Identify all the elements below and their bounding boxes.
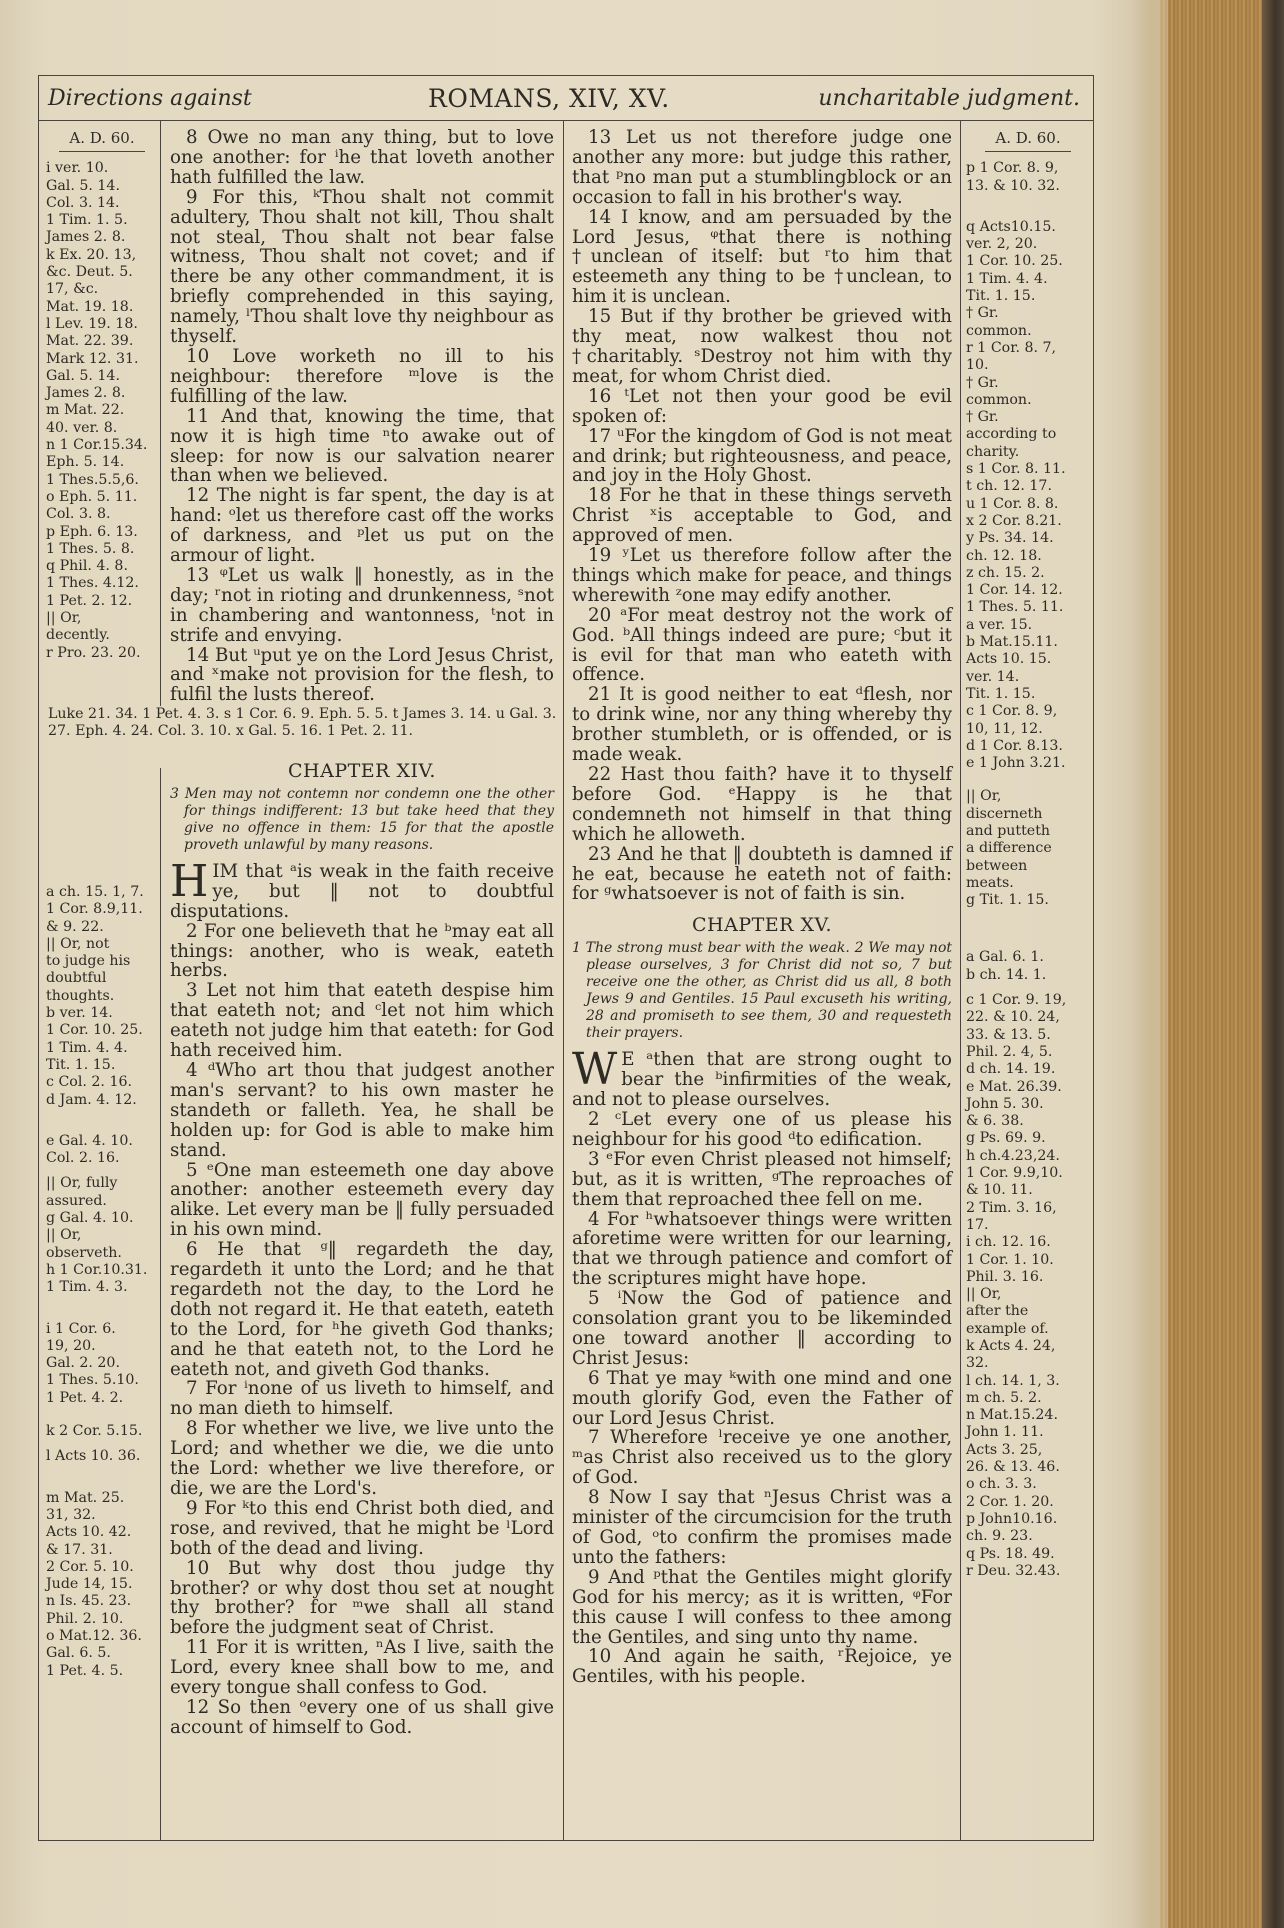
verse: 5 ⁱNow the God of patience and consolati… (572, 1289, 952, 1369)
margin-reference: q Phil. 4. 8. (46, 558, 158, 575)
margin-reference: Tit. 1. 15. (46, 1057, 158, 1074)
margin-reference: common. (966, 323, 1090, 340)
verse: 5 ᵉOne man esteemeth one day above anoth… (170, 1161, 554, 1241)
margin-reference: m ch. 5. 2. (966, 1390, 1090, 1407)
margin-reference: Acts 10. 15. (966, 651, 1090, 668)
margin-reference (46, 1305, 158, 1313)
margin-reference: d ch. 14. 19. (966, 1061, 1090, 1078)
margin-reference: discerneth (966, 806, 1090, 823)
margin-reference: || Or, (46, 610, 158, 627)
column-1-top: 8 Owe no man any thing, but to love one … (170, 128, 554, 705)
margin-reference: k Acts 4. 24, (966, 1338, 1090, 1355)
margin-reference (46, 1474, 158, 1482)
margin-reference: Mat. 22. 39. (46, 333, 158, 350)
margin-reference: x 2 Cor. 8.21. (966, 513, 1090, 530)
verse: 3 Let not him that eateth despise him th… (170, 981, 554, 1061)
chapter-summary-xiv: 3 Men may not contemn nor condemn one th… (170, 786, 554, 854)
margin-reference: i ver. 10. (46, 160, 158, 177)
margin-reference (46, 1313, 158, 1321)
margin-reference: ch. 12. 18. (966, 548, 1090, 565)
verse: 18 For he that in these things serveth C… (572, 486, 952, 546)
drop-cap-w: W (572, 1052, 617, 1088)
margin-reference: common. (966, 392, 1090, 409)
verse: 8 For whether we live, we live unto the … (170, 1419, 554, 1499)
verse-1: HIM that ᵃis weak in the faith receive y… (170, 862, 554, 922)
margin-reference: & 17. 31. (46, 1542, 158, 1559)
verse: 14 I know, and am persuaded by the Lord … (572, 208, 952, 308)
divider-right-margin (960, 120, 961, 1840)
margin-reference: according to (966, 426, 1090, 443)
margin-reference: || Or, fully (46, 1175, 158, 1192)
margin-reference: q Acts10.15. (966, 219, 1090, 236)
margin-reference: y Ps. 34. 14. (966, 530, 1090, 547)
margin-reference: g Tit. 1. 15. (966, 892, 1090, 909)
margin-reference (966, 203, 1090, 211)
verse: 19 ʸLet us therefore follow after the th… (572, 546, 952, 606)
margin-reference: o Eph. 5. 11. (46, 489, 158, 506)
margin-reference: 1 Cor. 14. 12. (966, 582, 1090, 599)
margin-reference (46, 1167, 158, 1175)
margin-reference (46, 1466, 158, 1474)
margin-reference: m Mat. 22. (46, 402, 158, 419)
margin-reference: 1 Cor. 10. 25. (46, 1022, 158, 1039)
margin-reference (966, 195, 1090, 203)
left-margin-footnote: Luke 21. 34. 1 Pet. 4. 3. s 1 Cor. 6. 9.… (48, 706, 558, 741)
margin-reference: || Or, (966, 788, 1090, 805)
margin-reference: o Mat.12. 36. (46, 1628, 158, 1645)
margin-reference: n 1 Cor.15.34. (46, 437, 158, 454)
margin-reference (966, 933, 1090, 941)
margin-reference (46, 1117, 158, 1125)
margin-reference: ch. 9. 23. (966, 1528, 1090, 1545)
margin-reference: c Col. 2. 16. (46, 1074, 158, 1091)
margin-reference: 40. ver. 8. (46, 420, 158, 437)
margin-reference: || Or, (46, 1227, 158, 1244)
margin-reference: Phil. 2. 4, 5. (966, 1044, 1090, 1061)
column-1-bottom: CHAPTER XIV. 3 Men may not contemn nor c… (170, 750, 554, 1738)
margin-reference: r 1 Cor. 8. 7, (966, 340, 1090, 357)
margin-reference: a difference (966, 840, 1090, 857)
margin-reference: 33. & 13. 5. (966, 1027, 1090, 1044)
verse: 6 He that ᵍ‖ regardeth the day, regardet… (170, 1240, 554, 1379)
margin-reference (966, 917, 1090, 925)
margin-reference: 1 Cor. 9.9,10. (966, 1165, 1090, 1182)
chapter-heading-xv: CHAPTER XV. (572, 916, 952, 936)
margin-reference: 1 Thes. 5.10. (46, 1372, 158, 1389)
margin-reference: 1 Thes. 5. 8. (46, 541, 158, 558)
margin-reference: & 10. 11. (966, 1182, 1090, 1199)
margin-reference (966, 780, 1090, 788)
verse: 11 For it is written, ⁿAs I live, saith … (170, 1638, 554, 1698)
margin-reference: l ch. 14. 1, 3. (966, 1373, 1090, 1390)
margin-reference: 1 Cor. 1. 10. (966, 1252, 1090, 1269)
margin-reference: John 1. 11. (966, 1424, 1090, 1441)
margin-reference: Gal. 5. 14. (46, 368, 158, 385)
margin-reference: t ch. 12. 17. (966, 478, 1090, 495)
margin-reference: d 1 Cor. 8.13. (966, 738, 1090, 755)
margin-reference: e Gal. 4. 10. (46, 1133, 158, 1150)
margin-reference: † Gr. (966, 409, 1090, 426)
margin-reference: † Gr. (966, 305, 1090, 322)
margin-reference: 1 Cor. 8.9,11. (46, 901, 158, 918)
margin-reference: r Pro. 23. 20. (46, 645, 158, 662)
top-rule (38, 75, 1094, 76)
margin-reference: m Mat. 25. (46, 1490, 158, 1507)
margin-reference: 1 Pet. 4. 5. (46, 1663, 158, 1680)
margin-reference: u 1 Cor. 8. 8. (966, 496, 1090, 513)
divider-center (563, 120, 564, 1840)
header-left: Directions against (48, 86, 252, 111)
verse: 2 For one believeth that he ᵇmay eat all… (170, 922, 554, 982)
divider-left-margin-bottom (160, 768, 161, 1840)
margin-reference: 10, 11, 12. (966, 721, 1090, 738)
verse: 9 For this, ᵏThou shalt not commit adult… (170, 188, 554, 347)
margin-reference: h ch.4.23,24. (966, 1148, 1090, 1165)
margin-reference: 1 Thes. 4.12. (46, 575, 158, 592)
margin-reference: & 6. 38. (966, 1113, 1090, 1130)
right-margin-references: A. D. 60. p 1 Cor. 8. 9,13. & 10. 32.q A… (966, 130, 1090, 1580)
left-margin-references-ch14: a ch. 15. 1, 7.1 Cor. 8.9,11.& 9. 22.|| … (46, 884, 158, 1680)
verse: 6 That ye may ᵏwith one mind and one mou… (572, 1369, 952, 1429)
margin-reference: 22. & 10. 24, (966, 1009, 1090, 1026)
margin-reference: l Acts 10. 36. (46, 1448, 158, 1465)
margin-reference (966, 211, 1090, 219)
verse: 4 ᵈWho art thou that judgest another man… (170, 1061, 554, 1161)
verse: 23 And he that ‖ doubteth is damned if h… (572, 845, 952, 905)
margin-reference: 1 Pet. 4. 2. (46, 1390, 158, 1407)
margin-reference: 1 Thes.5.5,6. (46, 472, 158, 489)
margin-reference: 1 Pet. 2. 12. (46, 593, 158, 610)
margin-reference: r Deu. 32.43. (966, 1563, 1090, 1580)
margin-reference: 26. & 13. 46. (966, 1459, 1090, 1476)
verse: 8 Now I say that ⁿJesus Christ was a min… (572, 1488, 952, 1568)
margin-reference: John 5. 30. (966, 1096, 1090, 1113)
margin-reference: p Eph. 6. 13. (46, 524, 158, 541)
margin-reference: 19, 20. (46, 1338, 158, 1355)
verse: 13 ᵠLet us walk ‖ honestly, as in the da… (170, 566, 554, 646)
margin-reference: k 2 Cor. 5.15. (46, 1423, 158, 1440)
margin-reference: Acts 10. 42. (46, 1524, 158, 1541)
margin-reference: charity. (966, 444, 1090, 461)
margin-reference: example of. (966, 1321, 1090, 1338)
margin-reference: Phil. 3. 16. (966, 1269, 1090, 1286)
margin-reference: James 2. 8. (46, 385, 158, 402)
margin-reference: z ch. 15. 2. (966, 565, 1090, 582)
margin-reference (46, 1407, 158, 1415)
verse: 14 But ᵘput ye on the Lord Jesus Christ,… (170, 646, 554, 706)
verse: 16 ᵗLet not then your good be evil spoke… (572, 387, 952, 427)
margin-reference (966, 772, 1090, 780)
margin-reference: 2 Cor. 1. 20. (966, 1494, 1090, 1511)
margin-reference: Col. 2. 16. (46, 1150, 158, 1167)
margin-reference: &c. Deut. 5. (46, 264, 158, 281)
margin-reference: 1 Tim. 4. 4. (46, 1040, 158, 1057)
margin-reference: 17. (966, 1217, 1090, 1234)
margin-reference: Mark 12. 31. (46, 351, 158, 368)
book-page-edge (1160, 0, 1284, 1928)
margin-reference: a ch. 15. 1, 7. (46, 884, 158, 901)
margin-reference: Phil. 2. 10. (46, 1611, 158, 1628)
margin-reference: 17, &c. (46, 281, 158, 298)
margin-reference: † Gr. (966, 375, 1090, 392)
margin-reference (46, 1297, 158, 1305)
margin-reference: s 1 Cor. 8. 11. (966, 461, 1090, 478)
margin-reference: ver. 2, 20. (966, 236, 1090, 253)
header-title: ROMANS, XIV, XV. (428, 84, 670, 113)
margin-reference: c 1 Cor. 9. 19, (966, 992, 1090, 1009)
margin-reference (46, 1440, 158, 1448)
divider-left-margin-top (160, 120, 161, 706)
margin-reference: Tit. 1. 15. (966, 288, 1090, 305)
margin-date: A. D. 60. (46, 130, 158, 147)
margin-reference (46, 1109, 158, 1117)
margin-reference: 10. (966, 357, 1090, 374)
margin-reference: 13. & 10. 32. (966, 178, 1090, 195)
margin-reference: 2 Tim. 3. 16, (966, 1200, 1090, 1217)
margin-reference: 2 Cor. 5. 10. (46, 1559, 158, 1576)
bottom-rule (38, 1840, 1094, 1841)
margin-reference: Gal. 6. 5. (46, 1645, 158, 1662)
margin-reference: assured. (46, 1193, 158, 1210)
verse: 3 ᵉFor even Christ pleased not himself; … (572, 1150, 952, 1210)
margin-reference: i 1 Cor. 6. (46, 1321, 158, 1338)
margin-reference: 1 Cor. 10. 25. (966, 253, 1090, 270)
verse: 7 Wherefore ˡreceive ye one another, ᵐas… (572, 1428, 952, 1488)
margin-reference: h 1 Cor.10.31. (46, 1262, 158, 1279)
verse-1: WE ᵃthen that are strong ought to bear t… (572, 1050, 952, 1110)
verse: 7 For ⁱnone of us liveth to himself, and… (170, 1379, 554, 1419)
margin-reference: q Ps. 18. 49. (966, 1546, 1090, 1563)
verse: 10 And again he saith, ʳRejoice, ye Gent… (572, 1647, 952, 1687)
margin-reference: a ver. 15. (966, 617, 1090, 634)
margin-reference: Col. 3. 14. (46, 195, 158, 212)
margin-reference (966, 925, 1090, 933)
verse: 12 The night is far spent, the day is at… (170, 486, 554, 566)
margin-reference: e 1 John 3.21. (966, 755, 1090, 772)
verse: 10 But why dost thou judge thy brother? … (170, 1559, 554, 1639)
margin-reference: 32. (966, 1355, 1090, 1372)
margin-reference: 1 Tim. 1. 5. (46, 212, 158, 229)
verse: 12 So then ᵒevery one of us shall give a… (170, 1698, 554, 1738)
margin-reference: p 1 Cor. 8. 9, (966, 160, 1090, 177)
margin-reference: b Mat.15.11. (966, 634, 1090, 651)
margin-reference: after the (966, 1303, 1090, 1320)
margin-reference: o ch. 3. 3. (966, 1476, 1090, 1493)
margin-reference: || Or, not (46, 936, 158, 953)
margin-reference: g Ps. 69. 9. (966, 1130, 1090, 1147)
margin-reference: g Gal. 4. 10. (46, 1210, 158, 1227)
margin-reference: p John10.16. (966, 1511, 1090, 1528)
left-margin-references: A. D. 60. i ver. 10.Gal. 5. 14.Col. 3. 1… (46, 130, 158, 662)
margin-reference: c 1 Cor. 8. 9, (966, 703, 1090, 720)
margin-reference: to judge his (46, 953, 158, 970)
margin-reference (966, 941, 1090, 949)
verse: 9 And ᵖthat the Gentiles might glorify G… (572, 1568, 952, 1648)
column-2: 13 Let us not therefore judge one anothe… (572, 128, 952, 1687)
verse: 13 Let us not therefore judge one anothe… (572, 128, 952, 208)
margin-reference: Col. 3. 8. (46, 506, 158, 523)
margin-reference: thoughts. (46, 988, 158, 1005)
margin-reference (46, 1482, 158, 1490)
margin-reference: Jude 14, 15. (46, 1576, 158, 1593)
margin-reference: b ch. 14. 1. (966, 967, 1090, 984)
verse: 4 For ʰwhatsoever things were written af… (572, 1210, 952, 1290)
margin-reference: Acts 3. 25, (966, 1442, 1090, 1459)
chapter-heading-xiv: CHAPTER XIV. (170, 762, 554, 782)
margin-reference: a Gal. 6. 1. (966, 949, 1090, 966)
margin-reference: decently. (46, 627, 158, 644)
verse: 20 ᵃFor meat destroy not the work of God… (572, 606, 952, 686)
margin-reference: & 9. 22. (46, 919, 158, 936)
margin-reference: James 2. 8. (46, 229, 158, 246)
margin-reference: b ver. 14. (46, 1005, 158, 1022)
margin-reference: Gal. 5. 14. (46, 178, 158, 195)
verse: 10 Love worketh no ill to his neighbour:… (170, 347, 554, 407)
margin-reference (966, 909, 1090, 917)
header-rule (38, 120, 1094, 121)
margin-reference (46, 1415, 158, 1423)
verse: 9 For ᵏto this end Christ both died, and… (170, 1499, 554, 1559)
margin-reference: observeth. (46, 1245, 158, 1262)
verse: 8 Owe no man any thing, but to love one … (170, 128, 554, 188)
margin-reference: l Lev. 19. 18. (46, 316, 158, 333)
verse: 22 Hast thou faith? have it to thyself b… (572, 765, 952, 845)
margin-reference: i ch. 12. 16. (966, 1234, 1090, 1251)
drop-cap-h: H (170, 864, 208, 900)
margin-reference (46, 1125, 158, 1133)
margin-reference: Mat. 19. 18. (46, 299, 158, 316)
margin-reference: n Mat.15.24. (966, 1407, 1090, 1424)
verse: 15 But if thy brother be grieved with th… (572, 307, 952, 387)
margin-reference: 1 Tim. 4. 4. (966, 271, 1090, 288)
margin-reference: 1 Thes. 5. 11. (966, 599, 1090, 616)
chapter-summary-xv: 1 The strong must bear with the weak. 2 … (572, 940, 952, 1042)
margin-date: A. D. 60. (966, 130, 1090, 147)
margin-reference: 31, 32. (46, 1507, 158, 1524)
margin-reference: between (966, 858, 1090, 875)
verse: 2 ᶜLet every one of us please his neighb… (572, 1110, 952, 1150)
verse: 21 It is good neither to eat ᵈflesh, nor… (572, 685, 952, 765)
margin-reference: 1 Tim. 4. 3. (46, 1279, 158, 1296)
margin-reference: doubtful (46, 970, 158, 987)
margin-reference: ver. 14. (966, 669, 1090, 686)
margin-reference: Eph. 5. 14. (46, 454, 158, 471)
margin-reference: Gal. 2. 20. (46, 1355, 158, 1372)
running-header: Directions against ROMANS, XIV, XV. unch… (48, 82, 1084, 118)
margin-reference: n Is. 45. 23. (46, 1593, 158, 1610)
margin-reference: meats. (966, 875, 1090, 892)
margin-reference (966, 984, 1090, 992)
margin-reference: Tit. 1. 15. (966, 686, 1090, 703)
margin-reference: d Jam. 4. 12. (46, 1092, 158, 1109)
margin-reference: e Mat. 26.39. (966, 1079, 1090, 1096)
margin-reference: || Or, (966, 1286, 1090, 1303)
verse: 17 ᵘFor the kingdom of God is not meat a… (572, 427, 952, 487)
header-right: uncharitable judgment. (818, 86, 1080, 111)
margin-reference: and putteth (966, 823, 1090, 840)
margin-reference: k Ex. 20. 13, (46, 247, 158, 264)
verse: 11 And that, knowing the time, that now … (170, 407, 554, 487)
